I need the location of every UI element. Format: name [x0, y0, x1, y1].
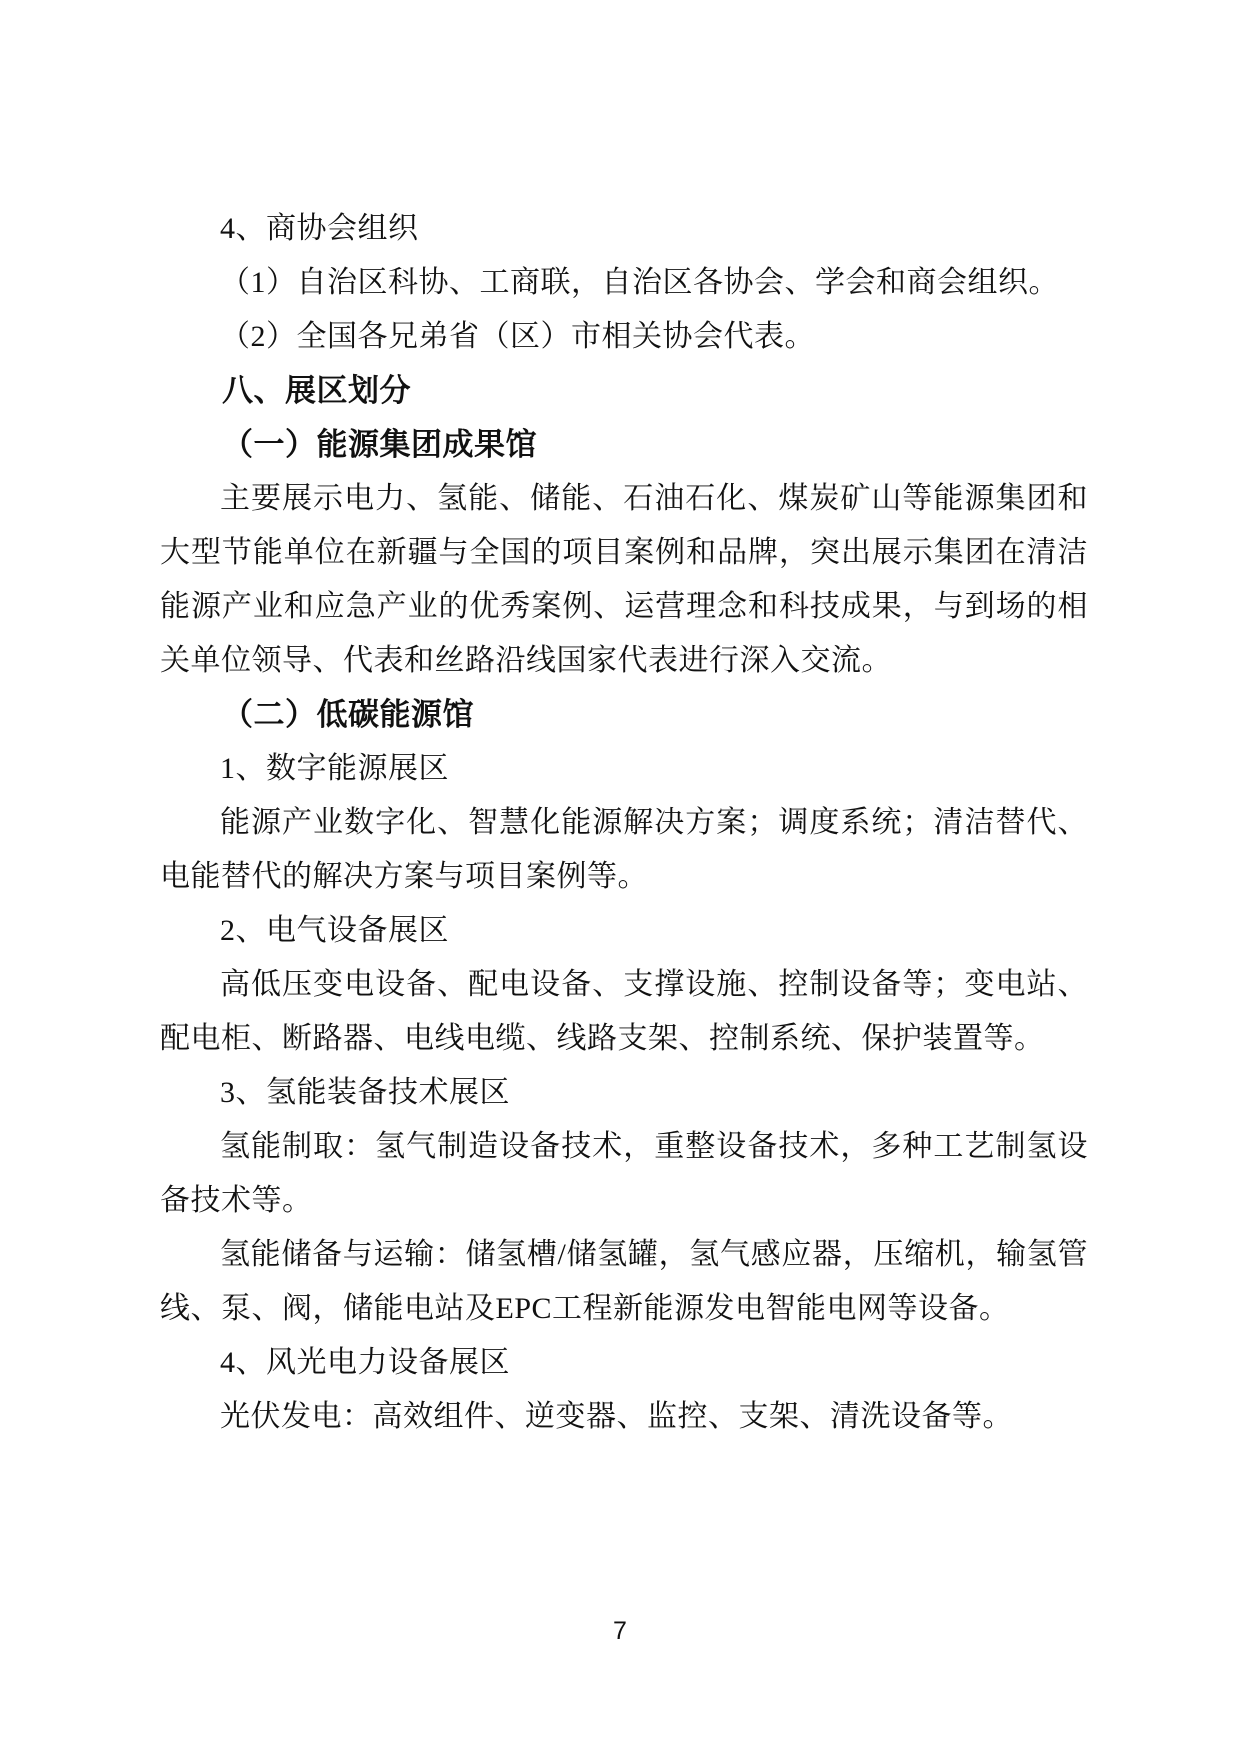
paragraph: 1、数字能源展区	[160, 742, 1088, 796]
paragraph: 光伏发电：高效组件、逆变器、监控、支架、清洗设备等。	[160, 1390, 1088, 1444]
section-heading: 八、展区划分	[160, 364, 1088, 418]
paragraph: 氢能制取：氢气制造设备技术，重整设备技术，多种工艺制氢设备技术等。	[160, 1120, 1088, 1228]
paragraph: 2、电气设备展区	[160, 904, 1088, 958]
paragraph: 4、风光电力设备展区	[160, 1336, 1088, 1390]
document-body: 4、商协会组织（1）自治区科协、工商联，自治区各协会、学会和商会组织。（2）全国…	[160, 202, 1088, 1444]
paragraph: 3、氢能装备技术展区	[160, 1066, 1088, 1120]
paragraph: （1）自治区科协、工商联，自治区各协会、学会和商会组织。	[160, 256, 1088, 310]
paragraph: 氢能储备与运输：储氢槽/储氢罐，氢气感应器，压缩机，输氢管线、泵、阀，储能电站及…	[160, 1228, 1088, 1336]
subsection-heading: （二）低碳能源馆	[160, 688, 1088, 742]
paragraph: 4、商协会组织	[160, 202, 1088, 256]
document-page: 4、商协会组织（1）自治区科协、工商联，自治区各协会、学会和商会组织。（2）全国…	[0, 0, 1240, 1754]
subsection-heading: （一）能源集团成果馆	[160, 418, 1088, 472]
paragraph: （2）全国各兄弟省（区）市相关协会代表。	[160, 310, 1088, 364]
page-number: 7	[0, 1616, 1240, 1646]
paragraph: 高低压变电设备、配电设备、支撑设施、控制设备等；变电站、配电柜、断路器、电线电缆…	[160, 958, 1088, 1066]
paragraph: 主要展示电力、氢能、储能、石油石化、煤炭矿山等能源集团和大型节能单位在新疆与全国…	[160, 472, 1088, 688]
paragraph: 能源产业数字化、智慧化能源解决方案；调度系统；清洁替代、电能替代的解决方案与项目…	[160, 796, 1088, 904]
